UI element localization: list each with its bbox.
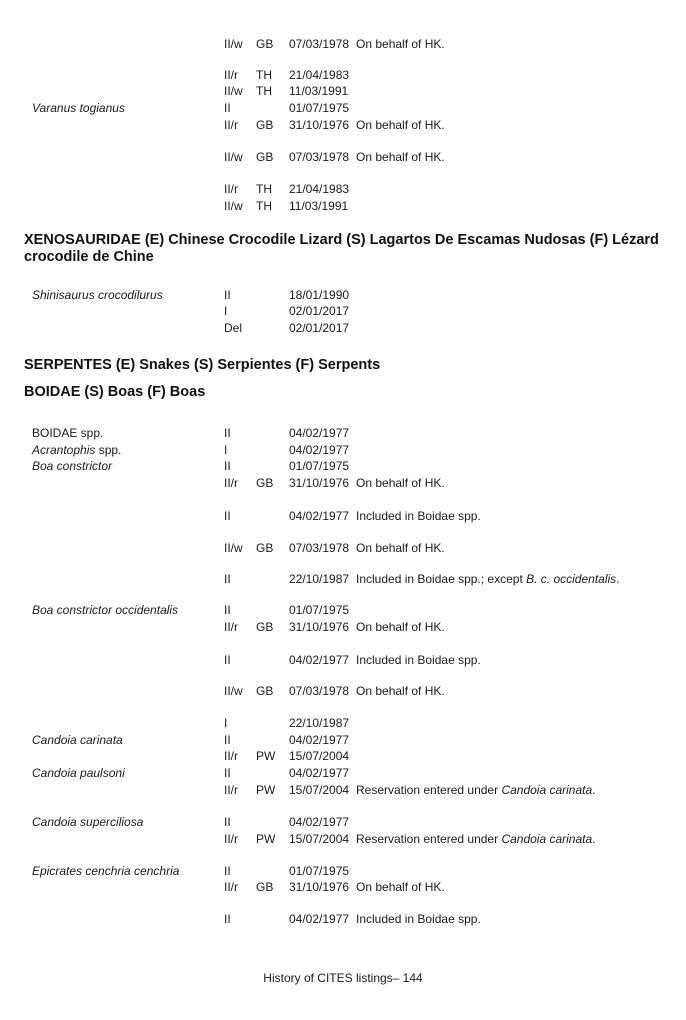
note-italic-text: B. c. occidentalis xyxy=(526,572,616,586)
appendix-code: II/w xyxy=(224,36,243,53)
appendix-code: II xyxy=(224,911,231,928)
species-name-text: Candoia carinata xyxy=(32,733,123,747)
appendix-code: II xyxy=(224,814,231,831)
appendix-code: II xyxy=(224,287,231,304)
note-text: Reservation entered under xyxy=(356,783,501,797)
note-text: On behalf of HK. xyxy=(356,620,445,634)
appendix-code: II/r xyxy=(224,831,238,848)
note: Included in Boidae spp. xyxy=(356,652,481,669)
effective-date: 04/02/1977 xyxy=(289,911,349,928)
listing-row: II/wGB07/03/1978On behalf of HK. xyxy=(0,683,686,700)
appendix-code: II xyxy=(224,863,231,880)
effective-date: 21/04/1983 xyxy=(289,181,349,198)
note: Included in Boidae spp.; except B. c. oc… xyxy=(356,571,620,588)
appendix-code: I xyxy=(224,442,227,459)
appendix-code: II/r xyxy=(224,619,238,636)
effective-date: 15/07/2004 xyxy=(289,831,349,848)
listing-row: Candoia superciliosaII04/02/1977 xyxy=(0,814,686,831)
effective-date: 04/02/1977 xyxy=(289,732,349,749)
listing-row: Acrantophis spp.I04/02/1977 xyxy=(0,442,686,459)
effective-date: 31/10/1976 xyxy=(289,117,349,134)
appendix-code: II/r xyxy=(224,117,238,134)
species-name: Boa constrictor xyxy=(32,458,112,475)
note-text: On behalf of HK. xyxy=(356,150,445,164)
appendix-code: II xyxy=(224,765,231,782)
listing-row: I22/10/1987 xyxy=(0,715,686,732)
species-name-text: Acrantophis xyxy=(32,443,95,457)
effective-date: 02/01/2017 xyxy=(289,320,349,337)
effective-date: 22/10/1987 xyxy=(289,715,349,732)
effective-date: 02/01/2017 xyxy=(289,303,349,320)
party-code: GB xyxy=(256,879,273,896)
appendix-code: II xyxy=(224,458,231,475)
appendix-code: II xyxy=(224,571,231,588)
appendix-code: II/r xyxy=(224,879,238,896)
party-code: PW xyxy=(256,831,275,848)
party-code: PW xyxy=(256,748,275,765)
effective-date: 04/02/1977 xyxy=(289,442,349,459)
appendix-code: II/r xyxy=(224,475,238,492)
note-text: Included in Boidae spp.; except xyxy=(356,572,526,586)
species-name: Varanus togianus xyxy=(32,100,125,117)
listing-row: II22/10/1987Included in Boidae spp.; exc… xyxy=(0,571,686,588)
appendix-code: II xyxy=(224,100,231,117)
party-code: PW xyxy=(256,782,275,799)
party-code: TH xyxy=(256,198,272,215)
note: On behalf of HK. xyxy=(356,117,445,134)
effective-date: 15/07/2004 xyxy=(289,782,349,799)
party-code: GB xyxy=(256,117,273,134)
listing-row: BOIDAE spp.II04/02/1977 xyxy=(0,425,686,442)
appendix-code: II xyxy=(224,425,231,442)
species-name-text: Boa constrictor occidentalis xyxy=(32,603,178,617)
note: Reservation entered under Candoia carina… xyxy=(356,782,596,799)
listing-row: II/wTH11/03/1991 xyxy=(0,83,686,100)
listing-row: II/rTH21/04/1983 xyxy=(0,181,686,198)
heading-xenosauridae: XENOSAURIDAE (E) Chinese Crocodile Lizar… xyxy=(24,232,674,266)
appendix-code: II/r xyxy=(224,67,238,84)
party-code: GB xyxy=(256,540,273,557)
species-name-text: BOIDAE spp. xyxy=(32,426,103,440)
listing-row: II/rPW15/07/2004 xyxy=(0,748,686,765)
note: On behalf of HK. xyxy=(356,879,445,896)
listing-row: II/wGB07/03/1978On behalf of HK. xyxy=(0,540,686,557)
effective-date: 04/02/1977 xyxy=(289,652,349,669)
appendix-code: I xyxy=(224,303,227,320)
listing-row: II/rGB31/10/1976On behalf of HK. xyxy=(0,619,686,636)
listing-row: II/rTH21/04/1983 xyxy=(0,67,686,84)
note-text: Included in Boidae spp. xyxy=(356,912,481,926)
effective-date: 11/03/1991 xyxy=(289,83,348,100)
species-name: Candoia carinata xyxy=(32,732,123,749)
party-code: GB xyxy=(256,36,273,53)
listing-row: II/rGB31/10/1976On behalf of HK. xyxy=(0,475,686,492)
note: On behalf of HK. xyxy=(356,149,445,166)
appendix-code: II/w xyxy=(224,198,243,215)
party-code: GB xyxy=(256,683,273,700)
species-name: Candoia superciliosa xyxy=(32,814,143,831)
note: On behalf of HK. xyxy=(356,36,445,53)
appendix-code: II/w xyxy=(224,540,243,557)
species-name: Candoia paulsoni xyxy=(32,765,125,782)
effective-date: 15/07/2004 xyxy=(289,748,349,765)
note-italic-text: Candoia carinata xyxy=(501,783,592,797)
note-text: Reservation entered under xyxy=(356,832,501,846)
effective-date: 01/07/1975 xyxy=(289,863,349,880)
note-italic-text: Candoia carinata xyxy=(501,832,592,846)
listing-row: Varanus togianusII01/07/1975 xyxy=(0,100,686,117)
note-text: On behalf of HK. xyxy=(356,118,445,132)
effective-date: 04/02/1977 xyxy=(289,814,349,831)
appendix-code: II xyxy=(224,652,231,669)
appendix-code: II xyxy=(224,602,231,619)
note-text: On behalf of HK. xyxy=(356,37,445,51)
note-text: On behalf of HK. xyxy=(356,541,445,555)
note: Included in Boidae spp. xyxy=(356,508,481,525)
listing-row: II/rPW15/07/2004Reservation entered unde… xyxy=(0,831,686,848)
party-code: TH xyxy=(256,67,272,84)
appendix-code: II/r xyxy=(224,748,238,765)
appendix-code: II/w xyxy=(224,149,243,166)
effective-date: 01/07/1975 xyxy=(289,458,349,475)
listing-row: II/wGB07/03/1978On behalf of HK. xyxy=(0,149,686,166)
listing-row: Boa constrictor occidentalisII01/07/1975 xyxy=(0,602,686,619)
effective-date: 22/10/1987 xyxy=(289,571,349,588)
appendix-code: I xyxy=(224,715,227,732)
effective-date: 04/02/1977 xyxy=(289,765,349,782)
effective-date: 07/03/1978 xyxy=(289,149,349,166)
listing-row: II04/02/1977Included in Boidae spp. xyxy=(0,911,686,928)
party-code: TH xyxy=(256,83,272,100)
note-end: . xyxy=(592,783,595,797)
listing-row: II/wTH11/03/1991 xyxy=(0,198,686,215)
listing-row: II/rPW15/07/2004Reservation entered unde… xyxy=(0,782,686,799)
note-text: On behalf of HK. xyxy=(356,476,445,490)
listing-row: Candoia carinataII04/02/1977 xyxy=(0,732,686,749)
appendix-code: Del xyxy=(224,320,242,337)
species-name-text: Epicrates cenchria cenchria xyxy=(32,864,179,878)
effective-date: 07/03/1978 xyxy=(289,683,349,700)
species-name-text: Shinisaurus crocodilurus xyxy=(32,288,163,302)
appendix-code: II/w xyxy=(224,683,243,700)
effective-date: 31/10/1976 xyxy=(289,619,349,636)
effective-date: 07/03/1978 xyxy=(289,36,349,53)
effective-date: 04/02/1977 xyxy=(289,425,349,442)
note: On behalf of HK. xyxy=(356,475,445,492)
species-name-text: Candoia superciliosa xyxy=(32,815,143,829)
listing-row: Boa constrictorII01/07/1975 xyxy=(0,458,686,475)
note: On behalf of HK. xyxy=(356,619,445,636)
listing-row: II/rGB31/10/1976On behalf of HK. xyxy=(0,879,686,896)
heading-serpentes: SERPENTES (E) Snakes (S) Serpientes (F) … xyxy=(24,357,674,374)
listing-row: I02/01/2017 xyxy=(0,303,686,320)
effective-date: 04/02/1977 xyxy=(289,508,349,525)
note: Reservation entered under Candoia carina… xyxy=(356,831,596,848)
note: On behalf of HK. xyxy=(356,540,445,557)
listing-row: II/wGB07/03/1978On behalf of HK. xyxy=(0,36,686,53)
effective-date: 07/03/1978 xyxy=(289,540,349,557)
appendix-code: II/r xyxy=(224,181,238,198)
species-name: Shinisaurus crocodilurus xyxy=(32,287,163,304)
species-name: Acrantophis spp. xyxy=(32,442,121,459)
note-end: . xyxy=(592,832,595,846)
listing-row: Shinisaurus crocodilurusII18/01/1990 xyxy=(0,287,686,304)
effective-date: 31/10/1976 xyxy=(289,879,349,896)
effective-date: 11/03/1991 xyxy=(289,198,348,215)
party-code: GB xyxy=(256,149,273,166)
listing-row: II/rGB31/10/1976On behalf of HK. xyxy=(0,117,686,134)
appendix-code: II/r xyxy=(224,782,238,799)
appendix-code: II/w xyxy=(224,83,243,100)
heading-boidae: BOIDAE (S) Boas (F) Boas xyxy=(24,384,674,401)
species-name-suffix: spp. xyxy=(95,443,121,457)
listing-row: Del02/01/2017 xyxy=(0,320,686,337)
note-text: Included in Boidae spp. xyxy=(356,509,481,523)
party-code: TH xyxy=(256,181,272,198)
listing-row: Candoia paulsoniII04/02/1977 xyxy=(0,765,686,782)
listing-row: Epicrates cenchria cenchriaII01/07/1975 xyxy=(0,863,686,880)
listing-row: II04/02/1977Included in Boidae spp. xyxy=(0,652,686,669)
effective-date: 01/07/1975 xyxy=(289,602,349,619)
effective-date: 31/10/1976 xyxy=(289,475,349,492)
species-name-text: Candoia paulsoni xyxy=(32,766,125,780)
page-footer: History of CITES listings– 144 xyxy=(0,971,686,985)
effective-date: 21/04/1983 xyxy=(289,67,349,84)
species-name: Epicrates cenchria cenchria xyxy=(32,863,179,880)
note-text: On behalf of HK. xyxy=(356,684,445,698)
listing-row: II04/02/1977Included in Boidae spp. xyxy=(0,508,686,525)
species-name-text: Boa constrictor xyxy=(32,459,112,473)
note-text: Included in Boidae spp. xyxy=(356,653,481,667)
effective-date: 18/01/1990 xyxy=(289,287,349,304)
party-code: GB xyxy=(256,475,273,492)
species-name: BOIDAE spp. xyxy=(32,425,103,442)
note: On behalf of HK. xyxy=(356,683,445,700)
effective-date: 01/07/1975 xyxy=(289,100,349,117)
species-name-text: Varanus togianus xyxy=(32,101,125,115)
note-end: . xyxy=(616,572,619,586)
note-text: On behalf of HK. xyxy=(356,880,445,894)
appendix-code: II xyxy=(224,508,231,525)
appendix-code: II xyxy=(224,732,231,749)
party-code: GB xyxy=(256,619,273,636)
note: Included in Boidae spp. xyxy=(356,911,481,928)
species-name: Boa constrictor occidentalis xyxy=(32,602,178,619)
